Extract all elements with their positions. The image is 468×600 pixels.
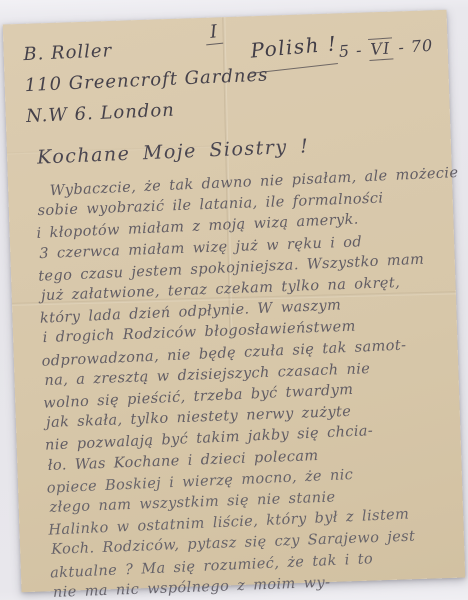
date-year: 70 — [411, 36, 435, 56]
date-month-roman: VI — [368, 37, 393, 61]
date-separator: - — [356, 40, 364, 59]
letter-paper: I Polish ! 5 - VI - 70 B. Roller 110 Gre… — [3, 10, 466, 592]
letter-photograph: I Polish ! 5 - VI - 70 B. Roller 110 Gre… — [0, 0, 468, 600]
date-day: 5 — [339, 41, 351, 61]
salutation: Kochane Moje Siostry ! — [37, 135, 310, 168]
sender-address: B. Roller 110 Greencroft Gardnes N.W 6. … — [23, 29, 271, 133]
date-separator: - — [398, 38, 406, 57]
letter-body: Wybaczcie, że tak dawno nie pisałam, ale… — [34, 165, 461, 600]
letter-date: 5 - VI - 70 — [339, 36, 435, 61]
